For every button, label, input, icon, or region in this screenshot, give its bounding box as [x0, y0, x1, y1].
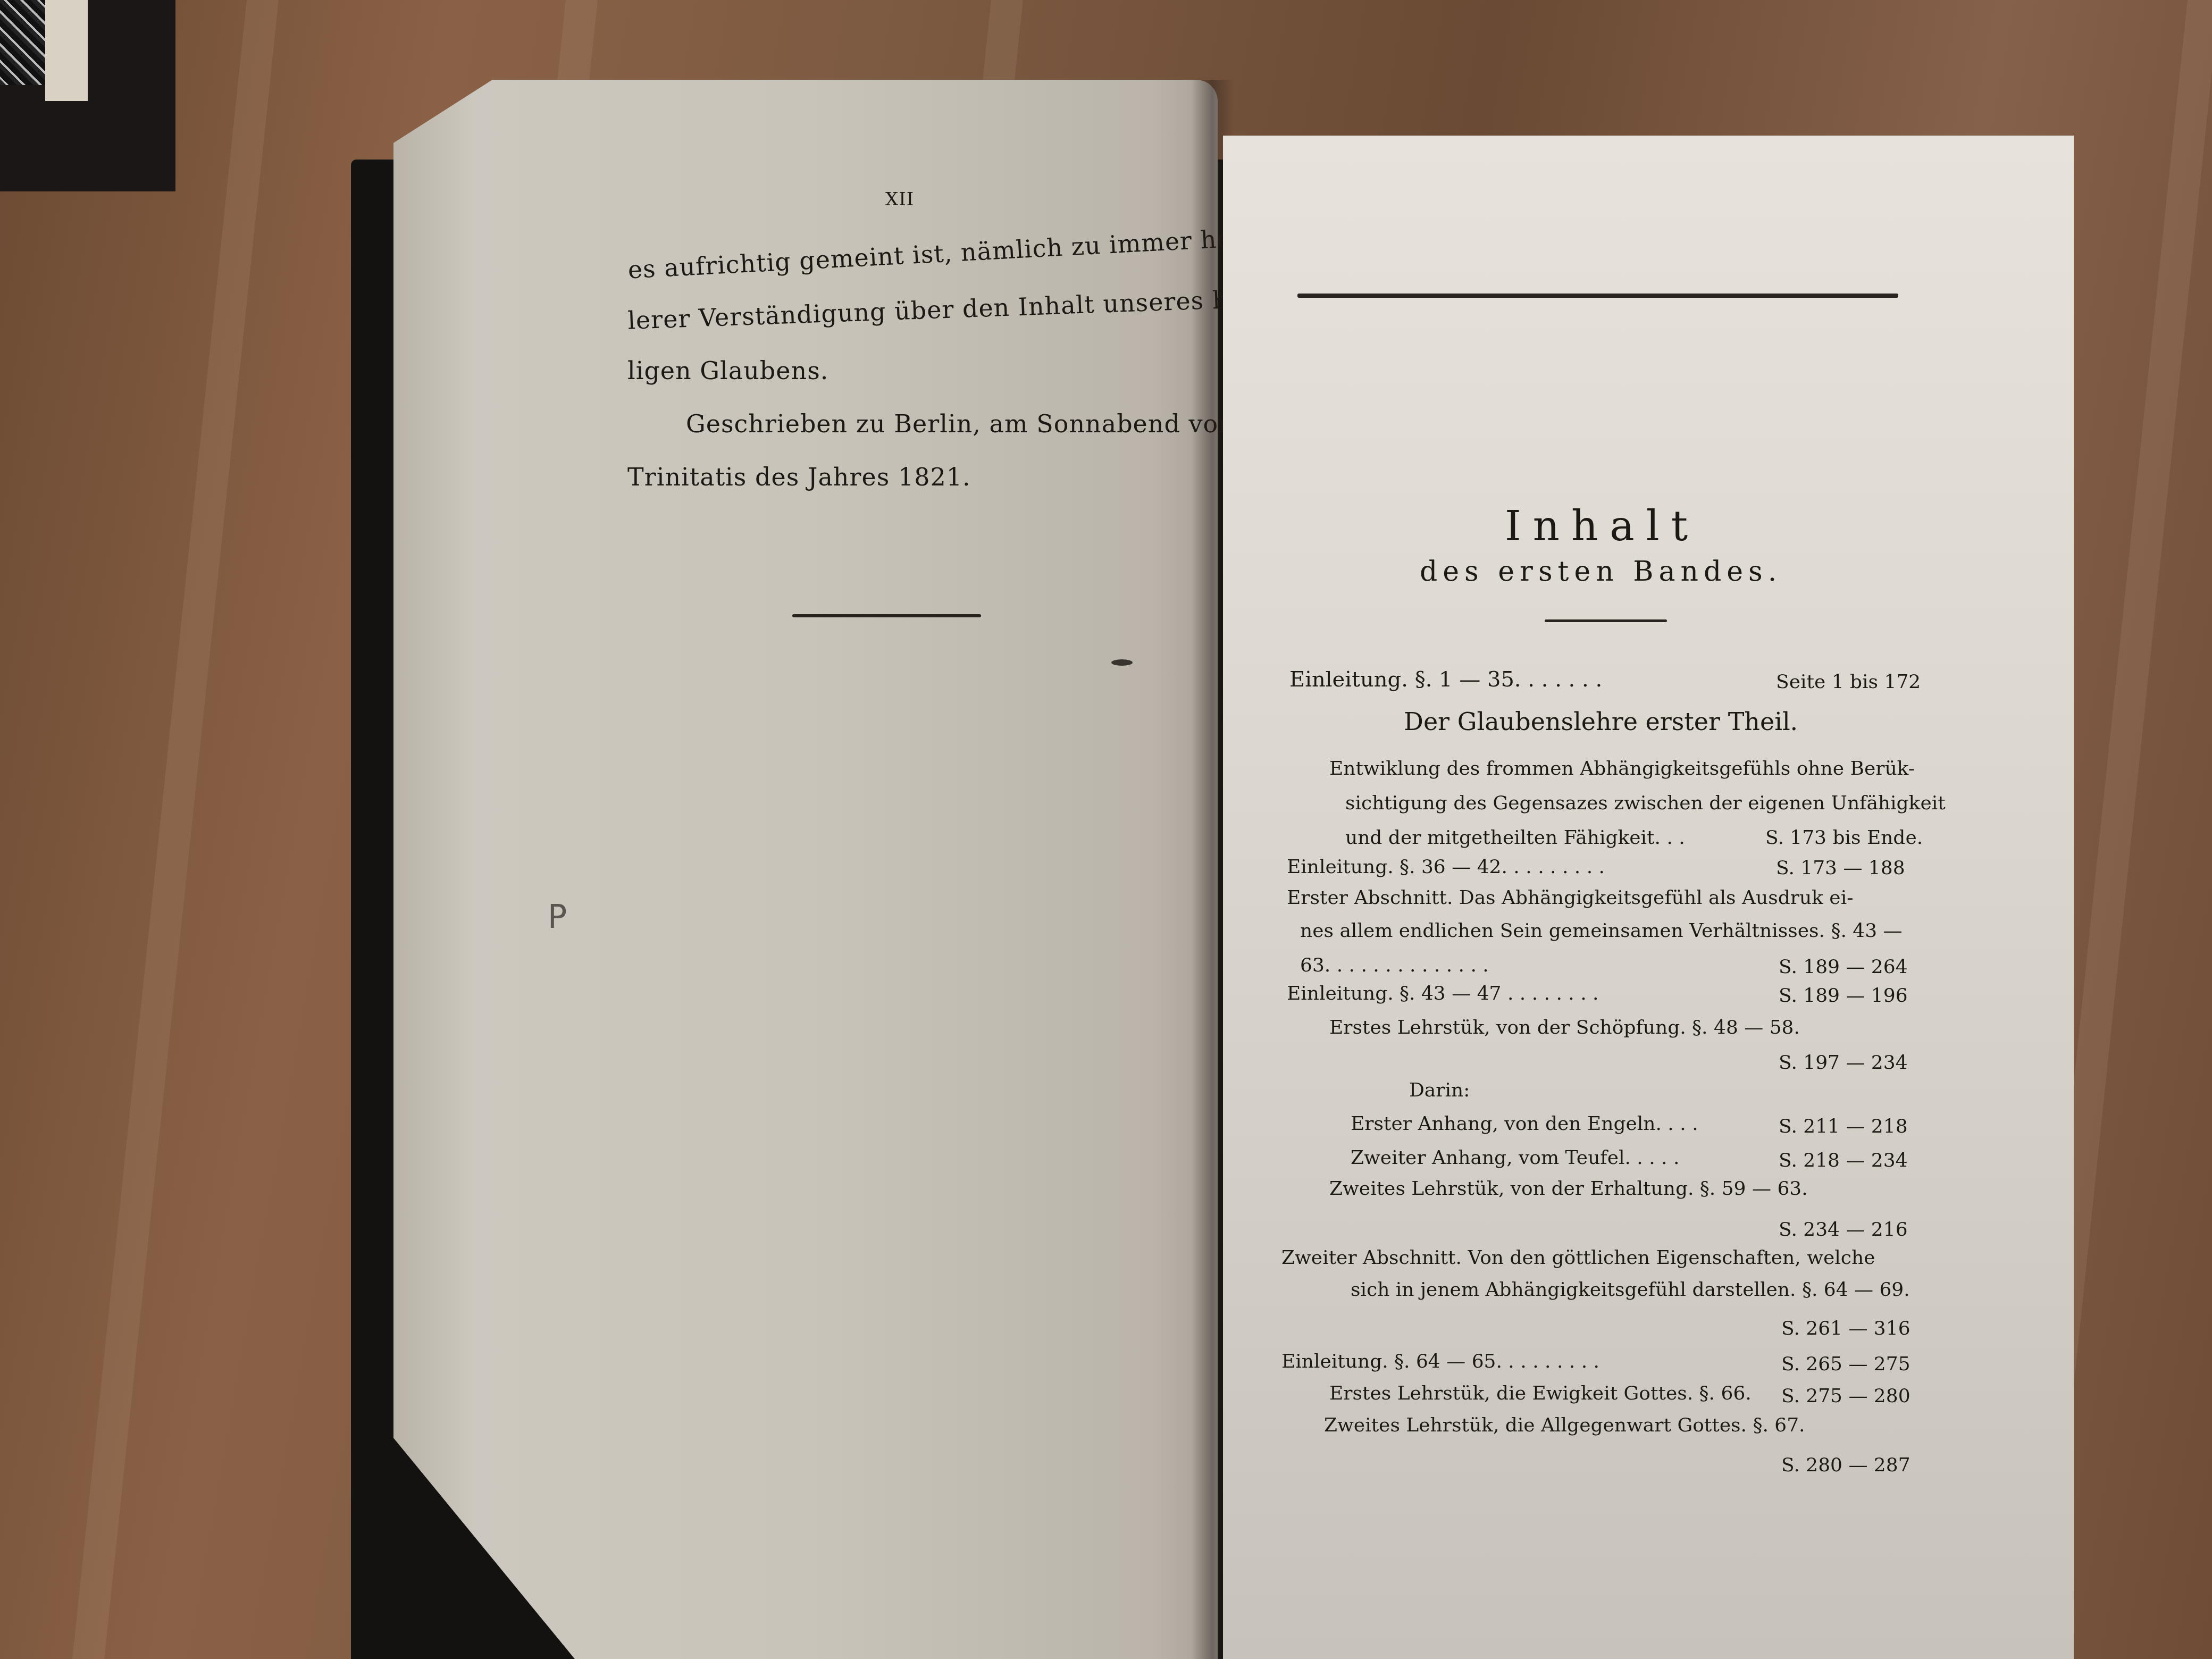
toc-pages: S. 275 — 280: [1781, 1385, 1911, 1407]
toc-pages: S. 197 — 234: [1779, 1052, 1908, 1074]
toc-entry: Entwiklung des frommen Abhängigkeitsgefü…: [1329, 758, 1915, 780]
left-divider-rule: [792, 614, 981, 617]
toc-pages: S. 218 — 234: [1779, 1150, 1908, 1171]
toc-entry: nes allem endlichen Sein gemeinsamen Ver…: [1300, 920, 1903, 942]
toc-entry: und der mitgetheilten Fähigkeit. . .: [1345, 827, 1685, 849]
toc-subtitle: des ersten Bandes.: [1420, 556, 1782, 588]
toc-pages: S. 173 bis Ende.: [1765, 827, 1923, 849]
toc-entry: sich in jenem Abhängigkeitsgefühl darste…: [1351, 1279, 1910, 1301]
toc-pages: Seite 1 bis 172: [1776, 671, 1921, 693]
page-number: XII: [885, 189, 914, 210]
toc-entry: Einleitung. §. 64 — 65. . . . . . . . .: [1281, 1351, 1599, 1372]
toc-entry: Erster Abschnitt. Das Abhängigkeitsgefüh…: [1287, 887, 1853, 909]
pencil-mark: P: [548, 899, 567, 936]
toc-entry: Erster Anhang, von den Engeln. . . .: [1351, 1113, 1698, 1135]
toc-entry: Darin:: [1409, 1079, 1470, 1101]
toc-entry: Erstes Lehrstük, die Ewigkeit Gottes. §.…: [1329, 1382, 1752, 1404]
title-rule: [1545, 619, 1667, 622]
toc-entry: Einleitung. §. 1 — 35. . . . . . .: [1289, 667, 1602, 692]
toc-entry: Erstes Lehrstük, von der Schöpfung. §. 4…: [1329, 1017, 1800, 1038]
top-header-rule: [1297, 294, 1898, 298]
toc-entry: Einleitung. §. 43 — 47 . . . . . . . .: [1287, 983, 1599, 1004]
toc-entry: 63. . . . . . . . . . . . . .: [1300, 954, 1489, 976]
toc-title: Inhalt: [1505, 502, 1699, 550]
book-page-edge: [45, 0, 88, 101]
marbled-cover: [0, 0, 45, 85]
toc-entry: Einleitung. §. 36 — 42. . . . . . . . .: [1287, 856, 1605, 878]
toc-pages: S. 189 — 264: [1779, 956, 1908, 978]
toc-pages: S. 265 — 275: [1781, 1353, 1911, 1375]
ink-spot: [1111, 659, 1133, 666]
signoff-line-2: Trinitatis des Jahres 1821.: [627, 463, 971, 491]
part-heading: Der Glaubenslehre erster Theil.: [1404, 707, 1798, 736]
toc-entry: Zweites Lehrstük, von der Erhaltung. §. …: [1329, 1178, 1808, 1200]
toc-pages: S. 189 — 196: [1779, 985, 1908, 1007]
toc-entry: Zweiter Abschnitt. Von den göttlichen Ei…: [1281, 1247, 1875, 1269]
toc-pages: S. 234 — 216: [1779, 1219, 1908, 1241]
toc-pages: S. 173 — 188: [1776, 857, 1905, 879]
toc-entry: Zweiter Anhang, vom Teufel. . . . .: [1351, 1147, 1679, 1169]
left-line-3: ligen Glaubens.: [627, 356, 828, 385]
signoff-line-1: Geschrieben zu Berlin, am Sonnabend vor: [686, 409, 1230, 438]
toc-entry: sichtigung des Gegensazes zwischen der e…: [1345, 792, 1946, 814]
other-book-corner: [0, 0, 175, 191]
toc-pages: S. 211 — 218: [1779, 1116, 1908, 1137]
toc-pages: S. 261 — 316: [1781, 1318, 1911, 1339]
toc-pages: S. 280 — 287: [1781, 1454, 1911, 1476]
toc-entry: Zweites Lehrstük, die Allgegenwart Gotte…: [1324, 1414, 1805, 1436]
